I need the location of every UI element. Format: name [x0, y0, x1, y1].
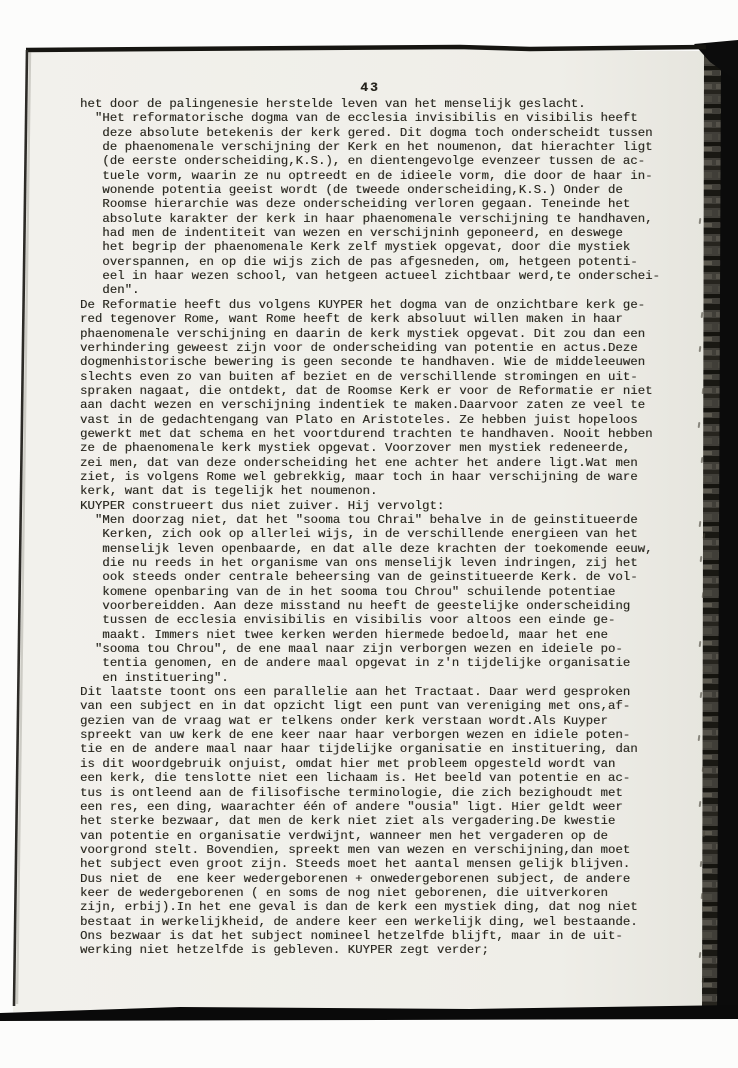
page-number: 43: [80, 80, 660, 95]
page-text: het door de palingenesie herstelde leven…: [80, 97, 660, 958]
scanned-book-page: 43 het door de palingenesie herstelde le…: [0, 0, 738, 1068]
top-border-line: [26, 47, 706, 50]
